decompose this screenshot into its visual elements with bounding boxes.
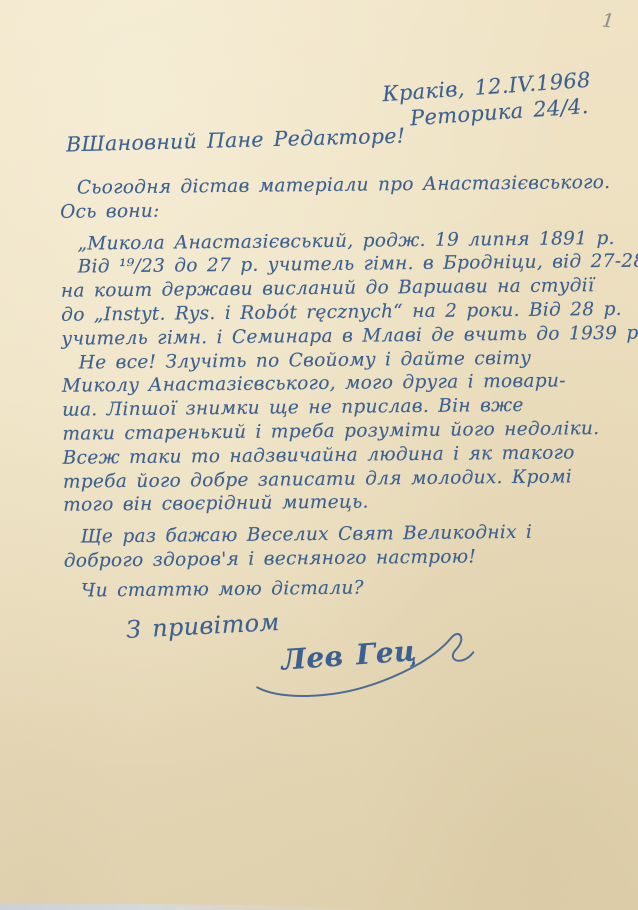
letter-line: того він своєрідний митець. (63, 489, 583, 518)
salutation: ВШановний Пане Редакторе! (66, 124, 406, 157)
letter-line: Чи статтю мою дістали? (64, 574, 584, 603)
letter-line: доброго здоров'я і весняного настрою! (64, 544, 584, 573)
page-number: 1 (601, 9, 615, 32)
letter-paper: 1 Краків, 12.IV.1968 Реторика 24/4. ВШан… (0, 0, 638, 910)
signature: Лев Гец (246, 622, 480, 710)
letter-line: Ось вони: (60, 195, 580, 224)
letterhead: Краків, 12.IV.1968 Реторика 24/4. (381, 67, 593, 133)
scan-edge (0, 904, 370, 910)
letter-body: Сьогодня дістав матеріали про Анастазієв… (60, 171, 584, 603)
